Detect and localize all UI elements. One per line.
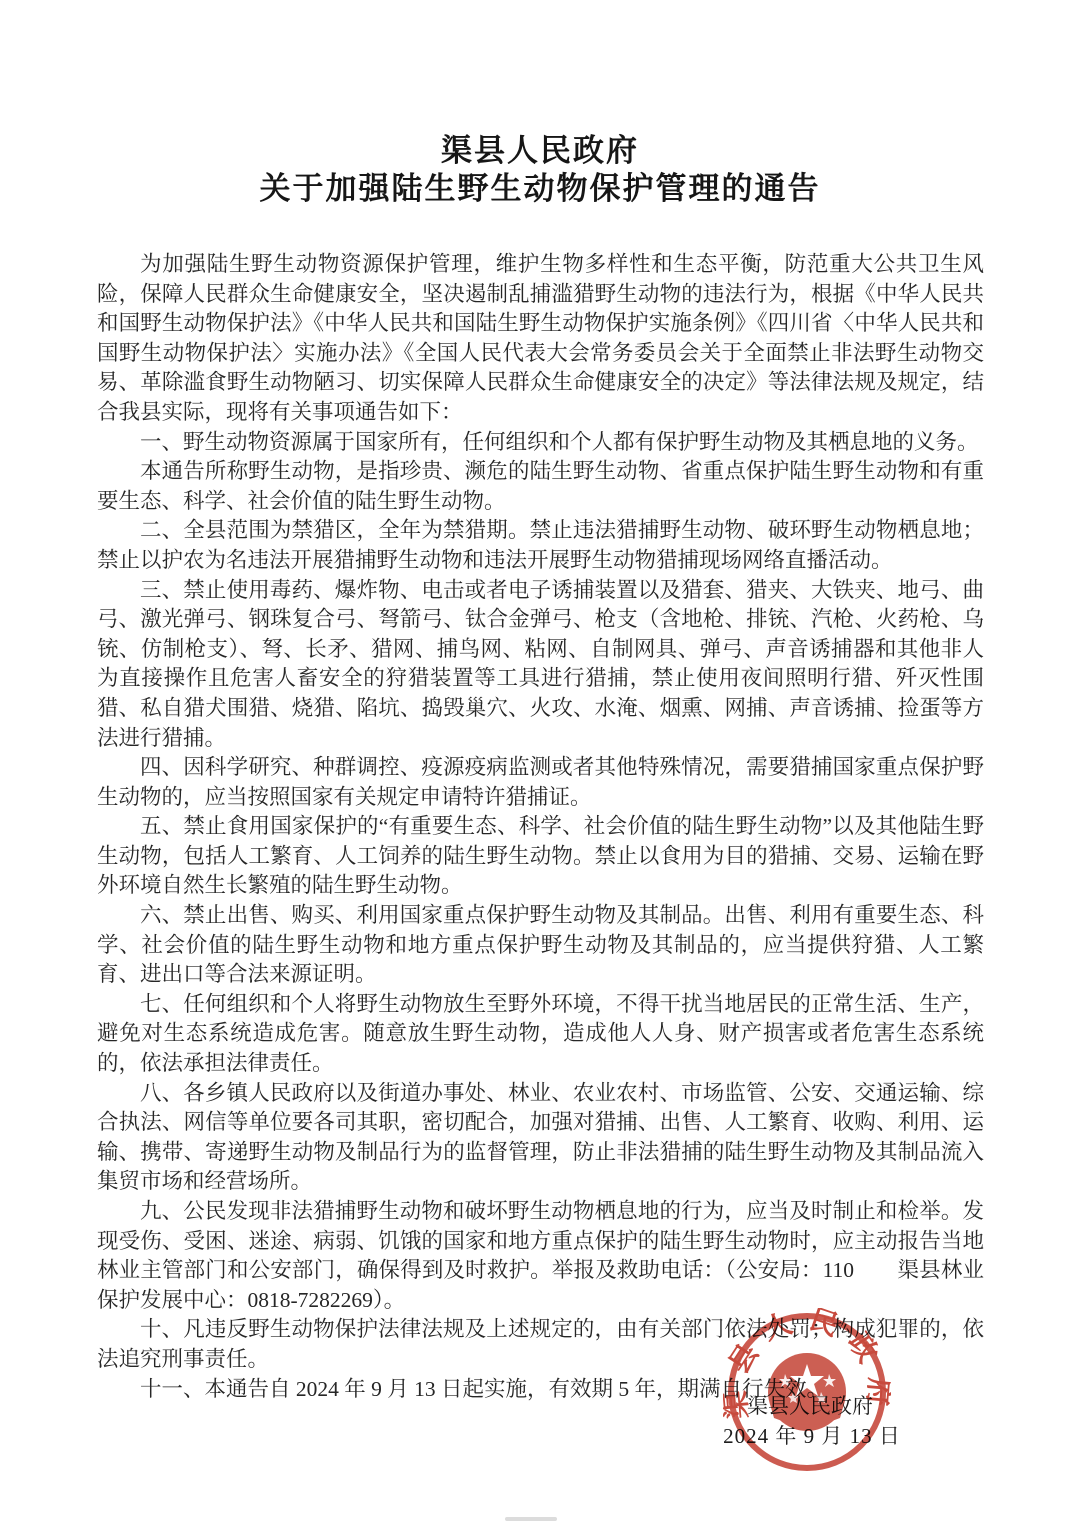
title-line-1: 渠县人民政府: [0, 132, 1080, 170]
paragraph: 二、全县范围为禁猎区，全年为禁猎期。禁止违法猎捕野生动物、破环野生动物栖息地；禁…: [97, 516, 984, 575]
title-line-2: 关于加强陆生野生动物保护管理的通告: [0, 170, 1080, 208]
paragraph: 五、禁止食用国家保护的“有重要生态、科学、社会价值的陆生野生动物”以及其他陆生野…: [97, 812, 984, 901]
paragraph: 三、禁止使用毒药、爆炸物、电击或者电子诱捕装置以及猎套、猎夹、大铁夹、地弓、曲弓…: [97, 576, 984, 754]
document-body: 为加强陆生野生动物资源保护管理，维护生物多样性和生态平衡，防范重大公共卫生风险，…: [97, 250, 984, 1404]
paragraph: 一、野生动物资源属于国家所有，任何组织和个人都有保护野生动物及其栖息地的义务。: [97, 428, 984, 458]
official-seal-stamp: 渠县人民政府: [723, 1308, 891, 1476]
paragraph: 六、禁止出售、购买、利用国家重点保护野生动物及其制品。出售、利用有重要生态、科学…: [97, 901, 984, 990]
paragraph: 为加强陆生野生动物资源保护管理，维护生物多样性和生态平衡，防范重大公共卫生风险，…: [97, 250, 984, 428]
paragraph: 本通告所称野生动物，是指珍贵、濒危的陆生野生动物、省重点保护陆生野生动物和有重要…: [97, 457, 984, 516]
footer-dash: [505, 1517, 557, 1521]
paragraph: 七、任何组织和个人将野生动物放生至野外环境，不得干扰当地居民的正常生活、生产，避…: [97, 990, 984, 1079]
document-title: 渠县人民政府 关于加强陆生野生动物保护管理的通告: [0, 0, 1080, 208]
paragraph: 九、公民发现非法猎捕野生动物和破坏野生动物栖息地的行为，应当及时制止和检举。发现…: [97, 1197, 984, 1315]
paragraph: 四、因科学研究、种群调控、疫源疫病监测或者其他特殊情况，需要猎捕国家重点保护野生…: [97, 753, 984, 812]
seal-emblem: [768, 1353, 846, 1431]
document-page: 渠县人民政府 关于加强陆生野生动物保护管理的通告 为加强陆生野生动物资源保护管理…: [0, 0, 1080, 1526]
paragraph: 八、各乡镇人民政府以及街道办事处、林业、农业农村、市场监管、公安、交通运输、综合…: [97, 1079, 984, 1197]
